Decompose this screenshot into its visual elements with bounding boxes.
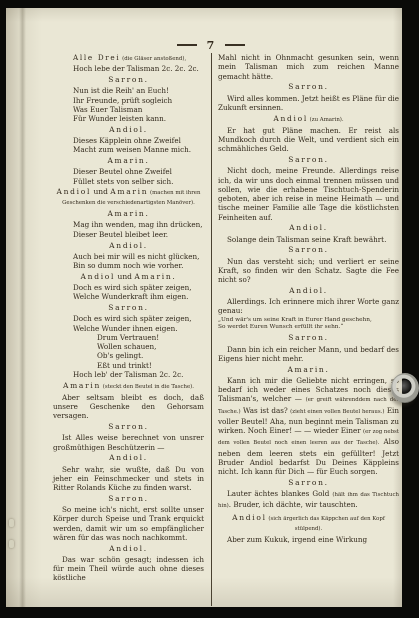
text-segment: Dieses Käpplein ohne Zweifel (73, 136, 181, 145)
text-segment: Andiol (273, 114, 308, 123)
speaker-heading: Amarin. (53, 157, 204, 166)
speaker-heading: Andiol. (218, 224, 399, 233)
speaker-line: Amarin. (218, 366, 399, 375)
text-segment: Er hat gut Pläne machen. Er reist als Mu… (218, 126, 399, 154)
verse-block: Nun ist die Reih' an Euch!Ihr Freunde, p… (73, 86, 204, 123)
text-segment: Wird alles kommen. Jetzt heißt es Pläne … (218, 94, 399, 112)
verse-line: Ob's gelingt. (97, 351, 204, 360)
speaker-heading: Sarron. (218, 479, 399, 488)
prose-block: Wird alles kommen. Jetzt heißt es Pläne … (218, 94, 399, 113)
verse-line: Welche Wunder ihnen eigen. (73, 324, 204, 333)
text-segment: Auch bei mir will es nicht glücken, (73, 252, 199, 261)
prose-block: Nicht doch, meine Freunde. Allerdings re… (218, 166, 399, 222)
speaker-line: Amarin (steckt den Beutel in die Tasche)… (53, 382, 204, 392)
verse-line: Welche Wunderkraft ihm eigen. (73, 292, 204, 301)
verse-line: Hoch lebe der Talisman 2c. 2c. 2c. (73, 64, 204, 73)
left-column: Alle Drei (die Gläser anstoßend),Hoch le… (53, 53, 211, 606)
speaker-line: Sarron. (53, 76, 204, 85)
text-segment: Amarin. (134, 272, 176, 281)
verse-line: Eßt und trinkt! (97, 361, 204, 370)
text-segment: Amarin (63, 381, 101, 390)
prose-block: Sehr wahr, sie wußte, daß Du von jeher e… (53, 465, 204, 493)
speaker-heading: Andiol. (218, 287, 399, 296)
text-segment: Was ist das? (241, 406, 290, 415)
speaker-line: Sarron. (218, 156, 399, 165)
verse-line: Für Wunder leisten kann. (73, 114, 204, 123)
verse-line: Hoch leb' der Talisman 2c. 2c. (73, 370, 204, 379)
text-segment: Andiol. (289, 286, 328, 295)
verse-line: Alle Drei (die Gläser anstoßend), (73, 53, 204, 64)
text-segment: Andiol. (109, 125, 148, 134)
speaker-heading: Amarin. (218, 366, 399, 375)
speaker-line: Andiol und Amarin. (53, 273, 204, 282)
speaker-line: Andiol und Amarin (machen mit ihren Gesc… (53, 188, 204, 207)
speaker-line: Amarin. (53, 157, 204, 166)
verse-line: Wollen schauen, (97, 342, 204, 351)
verse-line: Bin so dumm noch wie vorher. (73, 261, 204, 270)
speaker-heading: Andiol (sich ärgerlich das Käppchen auf … (218, 514, 399, 533)
text-segment: Sehr wahr, sie wußte, daß Du von jeher e… (53, 465, 204, 493)
text-segment: Andiol (81, 272, 116, 281)
verse-line: Macht zum weisen Manne mich. (73, 145, 204, 154)
text-segment: Sarron. (288, 478, 328, 487)
speaker-line: Sarron. (53, 304, 204, 313)
quote-line: So werdet Euren Wunsch erfüllt ihr sehn.… (218, 324, 399, 332)
text-segment: Amarin (110, 187, 148, 196)
stage-direction-text: (steckt den Beutel in die Tasche). (101, 384, 194, 390)
speaker-line: Sarron. (53, 423, 204, 432)
text-segment: Andiol (232, 513, 267, 522)
text-segment: Andiol. (109, 241, 148, 250)
text-segment: Doch es wird sich später zeigen, (73, 314, 192, 323)
text-segment: Aber zum Kukuk, irgend eine Wirkung (227, 535, 367, 544)
text-segment: Nicht doch, meine Freunde. Allerdings re… (218, 166, 399, 221)
speaker-heading: Andiol und Amarin (machen mit ihren Gesc… (53, 188, 204, 207)
speaker-line: Andiol. (53, 126, 204, 135)
text-segment: Eßt und trinkt! (97, 361, 152, 370)
verse-block: Alle Drei (die Gläser anstoßend),Hoch le… (73, 53, 204, 74)
text-segment: Alle Drei (73, 53, 120, 62)
prose-block: Er hat gut Pläne machen. Er reist als Mu… (218, 126, 399, 154)
prose-block: Dann bin ich ein reicher Mann, und bedar… (218, 345, 399, 364)
verse-block: Dieser Beutel ohne ZweifelFüllet stets v… (73, 167, 204, 186)
text-columns: Alle Drei (die Gläser anstoßend),Hoch le… (53, 53, 399, 606)
speaker-line: Andiol. (218, 287, 399, 296)
text-segment: Andiol. (109, 544, 148, 553)
text-segment: . Bruder, ich dächte, wir tauschten. (229, 500, 358, 509)
text-segment: Macht zum weisen Manne mich. (73, 145, 191, 154)
text-segment: Amarin. (107, 156, 149, 165)
speaker-line: Amarin. (53, 210, 204, 219)
verse-line: Ihr Freunde, prüft sogleich (73, 96, 204, 105)
verse-line: Auch bei mir will es nicht glücken, (73, 252, 204, 261)
text-segment: Nun ist die Reih' an Euch! (73, 86, 169, 95)
verse-line: Was Euer Talisman (73, 105, 204, 114)
book-page-sheet: 7 Alle Drei (die Gläser anstoßend),Hoch … (6, 8, 402, 607)
speaker-line: Andiol (zu Amarin). (218, 115, 399, 125)
text-segment: Dieser Beutel ohne Zweifel (73, 167, 172, 176)
text-segment: Ist Alles weise berechnet von unsrer gro… (53, 433, 204, 451)
verse-line: Mag ihn wenden, mag ihn drücken, (73, 220, 204, 229)
text-segment: Dieser Beutel bleibet leer. (73, 230, 168, 239)
text-segment: Sarron. (108, 422, 148, 431)
speaker-heading: Sarron. (218, 246, 399, 255)
speaker-line: Andiol. (53, 242, 204, 251)
text-segment: Bin so dumm noch wie vorher. (73, 261, 183, 270)
speaker-line: Andiol. (53, 545, 204, 554)
text-segment: Ihr Freunde, prüft sogleich (73, 96, 172, 105)
speaker-heading: Andiol und Amarin. (53, 273, 204, 282)
speaker-heading: Sarron. (218, 156, 399, 165)
text-segment: Sarron. (108, 75, 148, 84)
text-segment: Füllet stets von selber sich. (73, 177, 173, 186)
speaker-line: Sarron. (218, 479, 399, 488)
verse-line: Doch es wird sich später zeigen, (73, 314, 204, 323)
prose-block: So meine ich's nicht, erst sollte unser … (53, 505, 204, 542)
text-segment: Für Wunder leisten kann. (73, 114, 166, 123)
text-segment: „Und wär's um seine Kraft in Eurer Hand … (218, 317, 372, 323)
quote-block: „Und wär's um seine Kraft in Eurer Hand … (218, 317, 399, 332)
prose-block: Ist Alles weise berechnet von unsrer gro… (53, 433, 204, 452)
verse-line: Füllet stets von selber sich. (73, 177, 204, 186)
text-segment: Nun das versteht sich; und verliert er s… (218, 257, 399, 285)
text-segment: Das war schön gesagt; indessen ich für m… (53, 555, 204, 583)
text-segment: Doch es wird sich später zeigen, (73, 283, 192, 292)
text-segment: Welche Wunderkraft ihm eigen. (73, 292, 188, 301)
speaker-heading: Andiol. (53, 242, 204, 251)
speaker-line: Sarron. (53, 495, 204, 504)
text-segment: Sarron. (288, 155, 328, 164)
page-number: 7 (207, 39, 216, 52)
text-segment: Amarin. (107, 209, 149, 218)
stage-direction-text: (die Gläser anstoßend), (120, 56, 186, 62)
speaker-heading: Sarron. (218, 334, 399, 343)
stage-direction-text: (zu Amarin). (308, 117, 344, 123)
speaker-line: Sarron. (218, 246, 399, 255)
speaker-line: Andiol. (53, 454, 204, 463)
speaker-line: Andiol. (218, 224, 399, 233)
text-segment: Allerdings. Ich erinnere mich ihrer Wort… (218, 297, 399, 315)
text-segment: Andiol. (289, 223, 328, 232)
prose-block: Mahl nicht in Ohnmacht gesunken sein, we… (218, 53, 399, 81)
verse-line: Nun ist die Reih' an Euch! (73, 86, 204, 95)
text-segment: Solange dein Talisman seine Kraft bewähr… (227, 235, 386, 244)
binding-stitch (9, 540, 14, 548)
verse-line: Doch es wird sich später zeigen, (73, 283, 204, 292)
text-segment: Hoch leb' der Talisman 2c. 2c. (73, 370, 183, 379)
speaker-heading: Andiol. (53, 545, 204, 554)
speaker-line: Sarron. (218, 334, 399, 343)
text-segment: So werdet Euren Wunsch erfüllt ihr sehn.… (218, 324, 343, 330)
right-column: Mahl nicht in Ohnmacht gesunken sein, we… (212, 53, 399, 606)
text-segment: Wollen schauen, (97, 342, 156, 351)
verse-block: Dieses Käpplein ohne ZweifelMacht zum we… (73, 136, 204, 155)
text-segment: So meine ich's nicht, erst sollte unser … (53, 505, 204, 542)
prose-block: Solange dein Talisman seine Kraft bewähr… (218, 235, 399, 244)
text-segment: Drum Vertrauen! (97, 333, 159, 342)
text-segment: Welche Wunder ihnen eigen. (73, 324, 178, 333)
speaker-line: Sarron. (218, 83, 399, 92)
text-segment: Dann bin ich ein reicher Mann, und bedar… (218, 345, 399, 363)
metal-clip-highlight (398, 380, 412, 396)
header-rule-left (177, 44, 197, 46)
speaker-heading: Sarron. (218, 83, 399, 92)
prose-block: Aber zum Kukuk, irgend eine Wirkung (218, 535, 399, 544)
verse-line: Drum Vertrauen! (97, 333, 204, 342)
text-segment: Lauter ächtes blankes Gold (227, 489, 332, 498)
binding-gutter-shadow (19, 8, 26, 607)
stage-direction-text: (sich ärgerlich das Käppchen auf den Kop… (267, 516, 385, 532)
text-segment: Andiol (57, 187, 92, 196)
text-segment: Amarin. (287, 365, 329, 374)
text-segment: Sarron. (108, 303, 148, 312)
scanned-book-page: { "theme": { "paper_color": "#eae7d5", "… (0, 0, 419, 618)
text-segment: Sarron. (288, 333, 328, 342)
text-segment: und (115, 272, 134, 281)
text-segment: Hoch lebe der Talisman 2c. 2c. 2c. (73, 64, 199, 73)
text-segment: Sarron. (288, 82, 328, 91)
speaker-heading: Sarron. (53, 423, 204, 432)
text-segment: Andiol. (109, 453, 148, 462)
prose-block: Das war schön gesagt; indessen ich für m… (53, 555, 204, 583)
prose-block: Nun das versteht sich; und verliert er s… (218, 257, 399, 285)
verse-block: Doch es wird sich später zeigen,Welche W… (73, 314, 204, 379)
text-segment: Ob's gelingt. (97, 351, 143, 360)
verse-block: Mag ihn wenden, mag ihn drücken,Dieser B… (73, 220, 204, 239)
speaker-heading: Sarron. (53, 495, 204, 504)
speaker-heading: Andiol. (53, 454, 204, 463)
speaker-heading: Amarin (steckt den Beutel in die Tasche)… (53, 382, 204, 392)
speaker-heading: Amarin. (53, 210, 204, 219)
text-segment: Was Euer Talisman (73, 105, 142, 114)
text-segment: Mag ihn wenden, mag ihn drücken, (73, 220, 203, 229)
prose-block: Aber seltsam bleibt es doch, daß unsere … (53, 393, 204, 421)
verse-block: Doch es wird sich später zeigen,Welche W… (73, 283, 204, 302)
speaker-heading: Andiol. (53, 126, 204, 135)
page-header: 7 (61, 34, 361, 53)
prose-block: Kann ich mir die Geliebte nicht erringen… (218, 376, 399, 477)
verse-line: Dieser Beutel ohne Zweifel (73, 167, 204, 176)
header-rule-right (225, 44, 245, 46)
prose-block: Allerdings. Ich erinnere mich ihrer Wort… (218, 297, 399, 316)
prose-block: Lauter ächtes blankes Gold (hält ihm das… (218, 489, 399, 512)
speaker-line: Andiol (sich ärgerlich das Käppchen auf … (218, 514, 399, 533)
verse-block: Auch bei mir will es nicht glücken,Bin s… (73, 252, 204, 271)
binding-stitch (9, 519, 14, 527)
verse-line: Dieser Beutel bleibet leer. (73, 230, 204, 239)
speaker-heading: Andiol (zu Amarin). (218, 115, 399, 125)
text-segment: und (91, 187, 110, 196)
text-segment: Mahl nicht in Ohnmacht gesunken sein, we… (218, 53, 399, 81)
verse-line: Dieses Käpplein ohne Zweifel (73, 136, 204, 145)
speaker-heading: Sarron. (53, 76, 204, 85)
speaker-heading: Sarron. (53, 304, 204, 313)
text-segment: Sarron. (288, 245, 328, 254)
stage-direction-text: (zieht einen vollen Beutel heraus.) (290, 409, 384, 415)
metal-clip (391, 373, 419, 403)
text-segment: Aber seltsam bleibt es doch, daß unsere … (53, 393, 204, 421)
text-segment: Sarron. (108, 494, 148, 503)
